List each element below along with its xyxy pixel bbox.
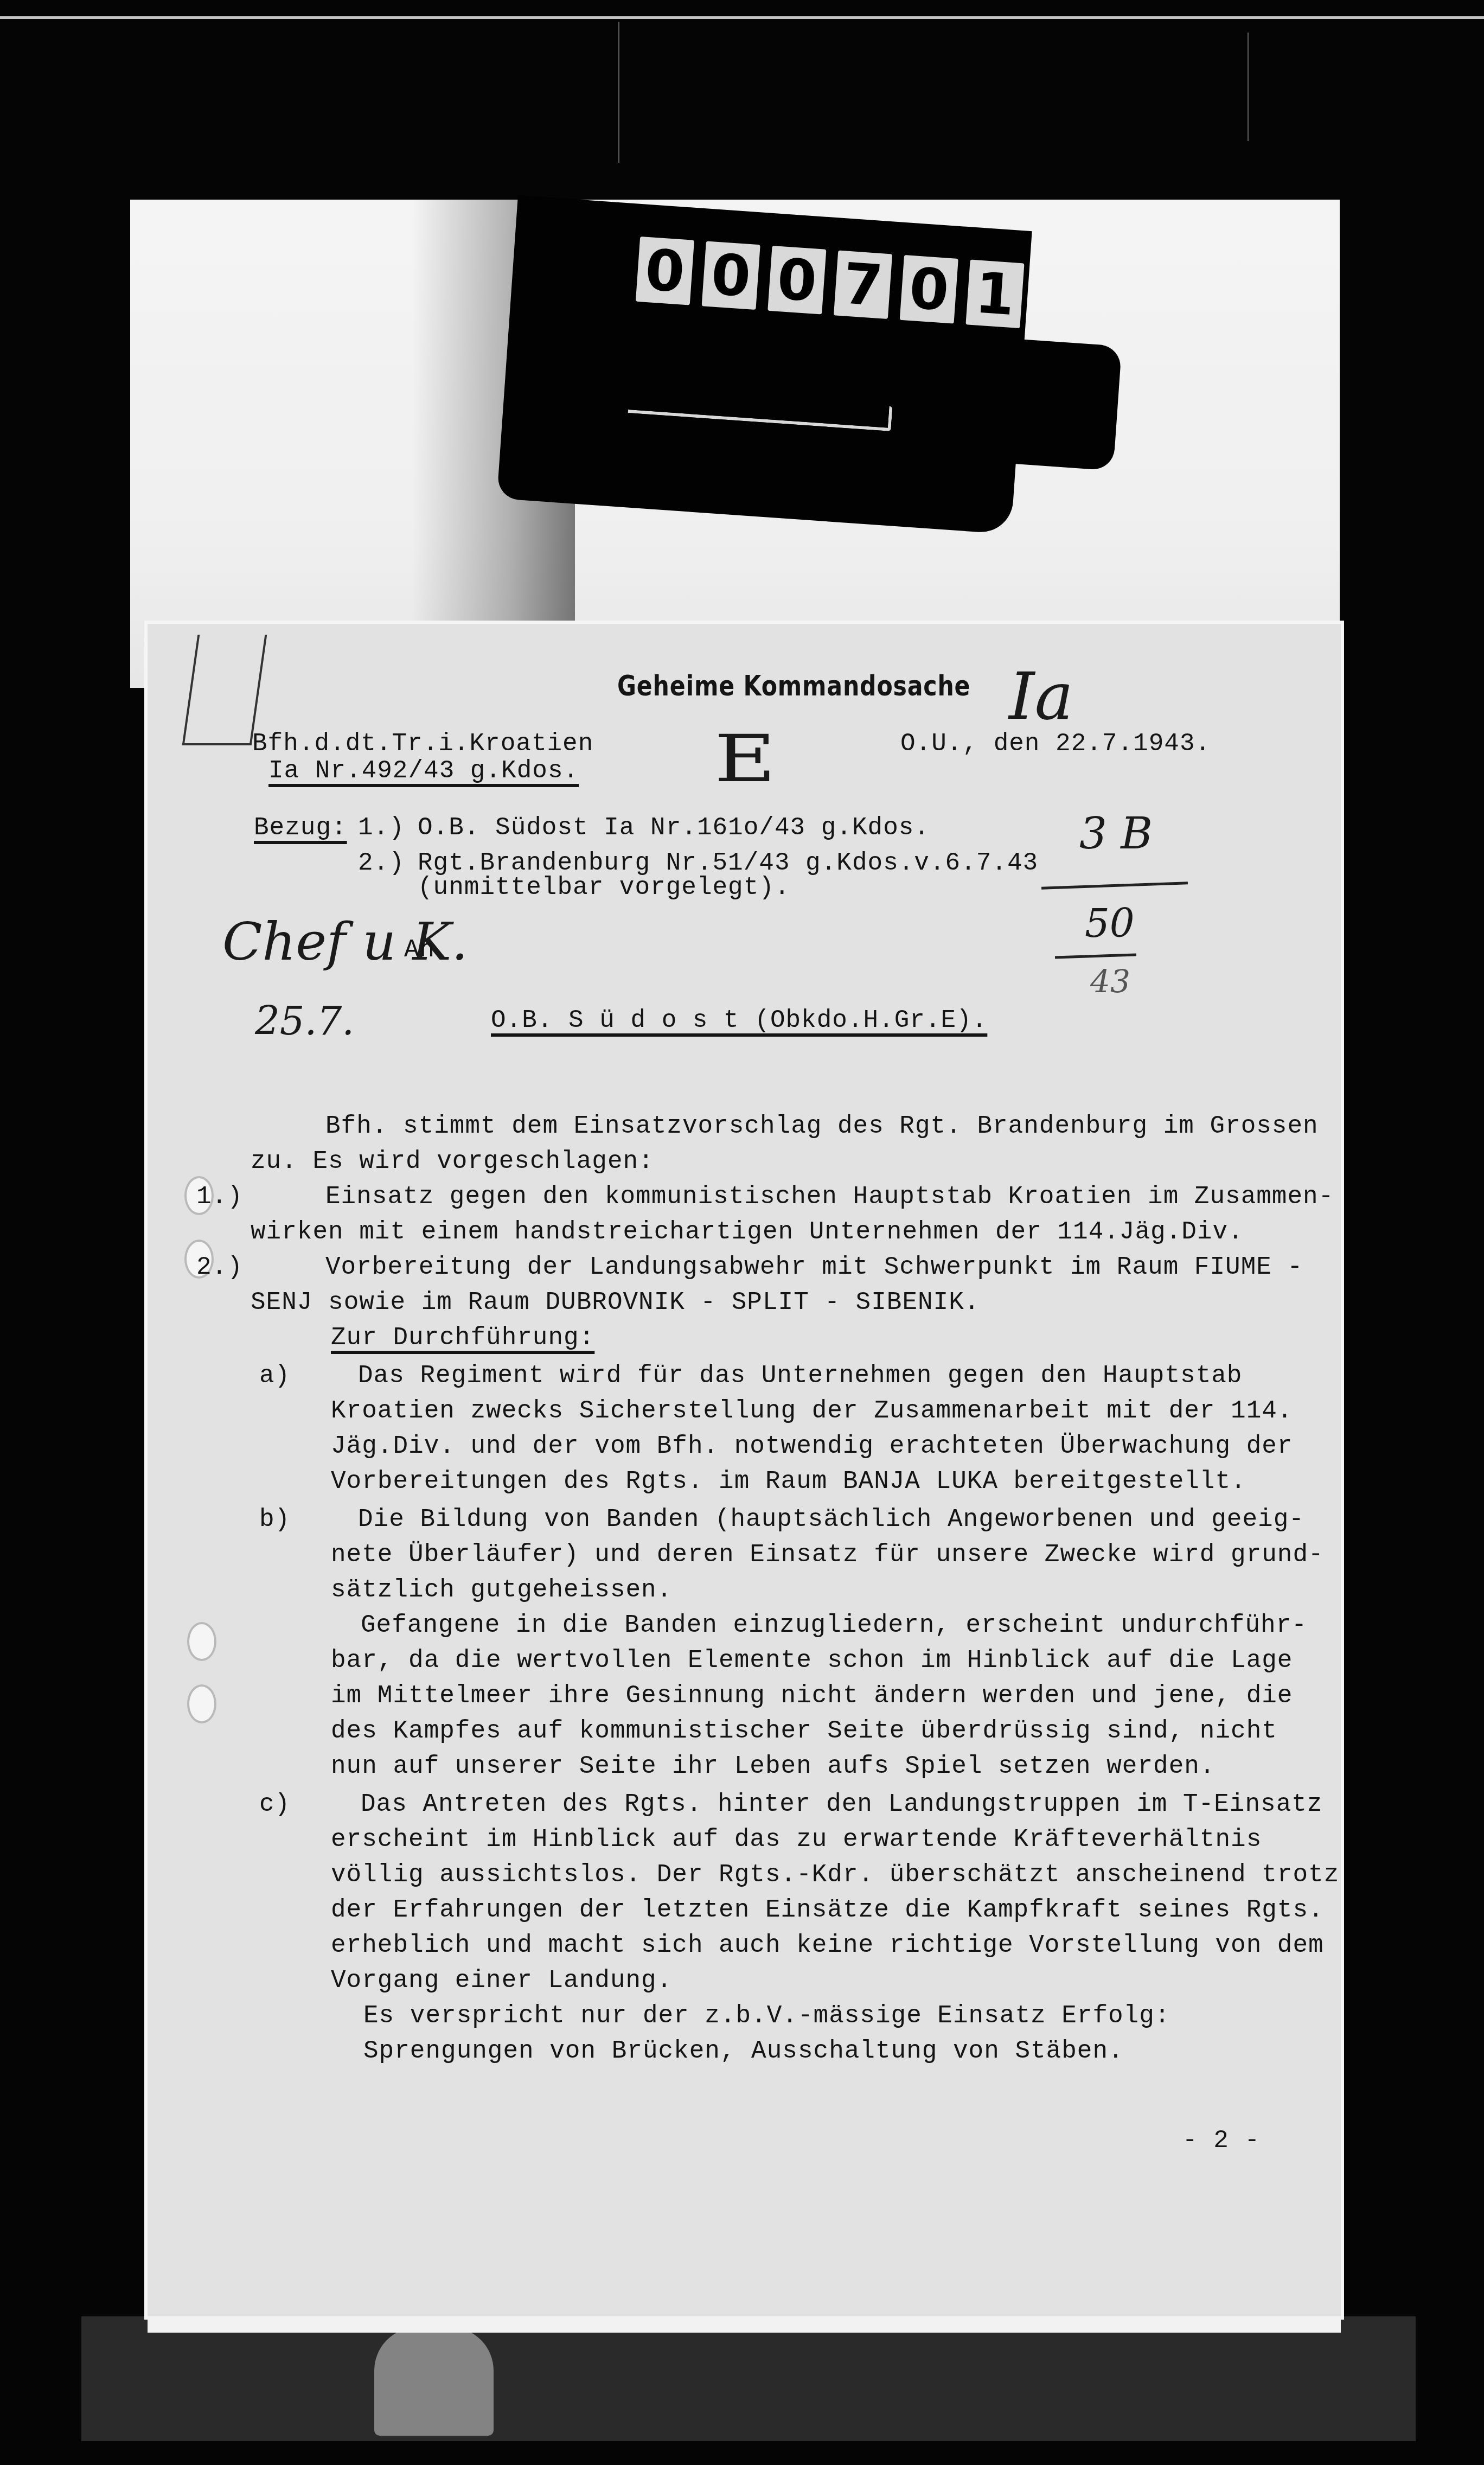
section-label-b: b) xyxy=(259,1505,290,1534)
counter-digit: 0 xyxy=(767,246,826,315)
section-b-line: nete Überläufer) und deren Einsatz für u… xyxy=(331,1541,1324,1569)
classification-stamp: Geheime Kommandosache xyxy=(617,670,970,703)
section-c-line: Sprengungen von Brücken, Ausschaltung vo… xyxy=(363,2037,1124,2065)
section-b-line: Die Bildung von Banden (hauptsächlich An… xyxy=(358,1505,1304,1534)
reference-num-2: 2.) xyxy=(358,849,405,877)
section-b-line: im Mittelmeer ihre Gesinnung nicht änder… xyxy=(331,1682,1293,1710)
point-2-line-2: SENJ sowie im Raum DUBROVNIK - SPLIT - S… xyxy=(251,1288,980,1317)
counter-stamp-device: 0 0 0 7 0 1 xyxy=(497,195,1032,534)
section-c-line: erheblich und macht sich auch keine rich… xyxy=(331,1931,1324,1959)
section-a-line: Vorbereitungen des Rgts. im Raum BANJA L… xyxy=(331,1467,1246,1496)
point-number-1: 1.) xyxy=(196,1183,243,1211)
section-c-line: Vorgang einer Landung. xyxy=(331,1966,672,1995)
counter-digit: 0 xyxy=(702,241,760,310)
handwritten-initials-date: 25.7. xyxy=(255,998,354,1044)
film-edge-line xyxy=(0,16,1484,19)
addressee-name: O.B. S ü d o s t (Obkdo.H.Gr.E). xyxy=(491,1006,987,1034)
section-b-line: nun auf unserer Seite ihr Leben aufs Spi… xyxy=(331,1752,1215,1780)
section-label-a: a) xyxy=(259,1362,290,1390)
addressee-prefix: An xyxy=(404,936,435,964)
section-b-line: Gefangene in die Banden einzugliedern, e… xyxy=(361,1611,1307,1639)
section-c-line: Das Antreten des Rgts. hinter den Landun… xyxy=(361,1790,1322,1818)
section-b-line: bar, da die wertvollen Elemente schon im… xyxy=(331,1646,1293,1675)
counter-digit: 1 xyxy=(965,259,1024,328)
point-1-line-1: Einsatz gegen den kommunistischen Haupts… xyxy=(325,1183,1334,1211)
film-scratch xyxy=(1248,33,1249,141)
counter-digit: 7 xyxy=(834,250,892,319)
section-a-line: Das Regiment wird für das Unternehmen ge… xyxy=(358,1362,1242,1390)
page-marker: - 2 - xyxy=(1182,2126,1260,2155)
reference-text-1: O.B. Südost Ia Nr.161o/43 g.Kdos. xyxy=(418,814,930,842)
counter-digits: 0 0 0 7 0 1 xyxy=(636,237,1025,328)
section-a-line: Kroatien zwecks Sicherstellung der Zusam… xyxy=(331,1397,1293,1425)
section-b-line: des Kampfes auf kommunistischer Seite üb… xyxy=(331,1717,1277,1745)
handwritten-fraction-bottom: 43 xyxy=(1090,963,1130,1000)
counter-digit: 0 xyxy=(636,237,694,305)
thumb-shadow xyxy=(374,2327,494,2436)
sender-line-2: Ia Nr.492/43 g.Kdos. xyxy=(268,757,579,785)
section-b-line: sätzlich gutgeheissen. xyxy=(331,1576,672,1604)
handwritten-fraction-top: 3 B xyxy=(1079,808,1153,859)
sender-line-1: Bfh.d.dt.Tr.i.Kroatien xyxy=(252,730,593,758)
sheet-edge xyxy=(148,2316,1341,2333)
reference-text-2b: (unmittelbar vorgelegt). xyxy=(418,873,790,902)
handwritten-e-mark: E xyxy=(714,721,776,797)
handwritten-fraction-middle: 50 xyxy=(1085,901,1135,946)
point-number-2: 2.) xyxy=(196,1253,243,1281)
reference-label: Bezug: xyxy=(254,814,347,842)
counter-knob xyxy=(1005,339,1122,470)
counter-digit: 0 xyxy=(900,255,958,324)
handwritten-initial: Ia xyxy=(1009,659,1073,735)
punch-hole xyxy=(187,1622,216,1661)
intro-line-2: zu. Es wird vorgeschlagen: xyxy=(251,1147,654,1176)
punch-hole xyxy=(187,1684,216,1723)
section-a-line: Jäg.Div. und der vom Bfh. notwendig erac… xyxy=(331,1432,1293,1460)
point-2-line-1: Vorbereitung der Landungsabwehr mit Schw… xyxy=(325,1253,1303,1281)
execution-heading: Zur Durchführung: xyxy=(331,1324,594,1352)
reference-num-1: 1.) xyxy=(358,814,405,842)
section-label-c: c) xyxy=(259,1790,290,1818)
intro-line-1: Bfh. stimmt dem Einsatzvorschlag des Rgt… xyxy=(325,1112,1319,1140)
mount-board xyxy=(81,2316,1416,2441)
point-1-line-2: wirken mit einem handstreichartigen Unte… xyxy=(251,1218,1244,1246)
section-c-line: der Erfahrungen der letzten Einsätze die… xyxy=(331,1896,1324,1924)
section-c-line: völlig aussichtslos. Der Rgts.-Kdr. über… xyxy=(331,1861,1339,1889)
film-scratch xyxy=(618,22,619,163)
counter-slot xyxy=(628,388,893,431)
section-c-line: Es verspricht nur der z.b.V.-mässige Ein… xyxy=(363,2002,1170,2030)
place-date: O.U., den 22.7.1943. xyxy=(900,730,1211,758)
section-c-line: erscheint im Hinblick auf das zu erwarte… xyxy=(331,1825,1262,1854)
